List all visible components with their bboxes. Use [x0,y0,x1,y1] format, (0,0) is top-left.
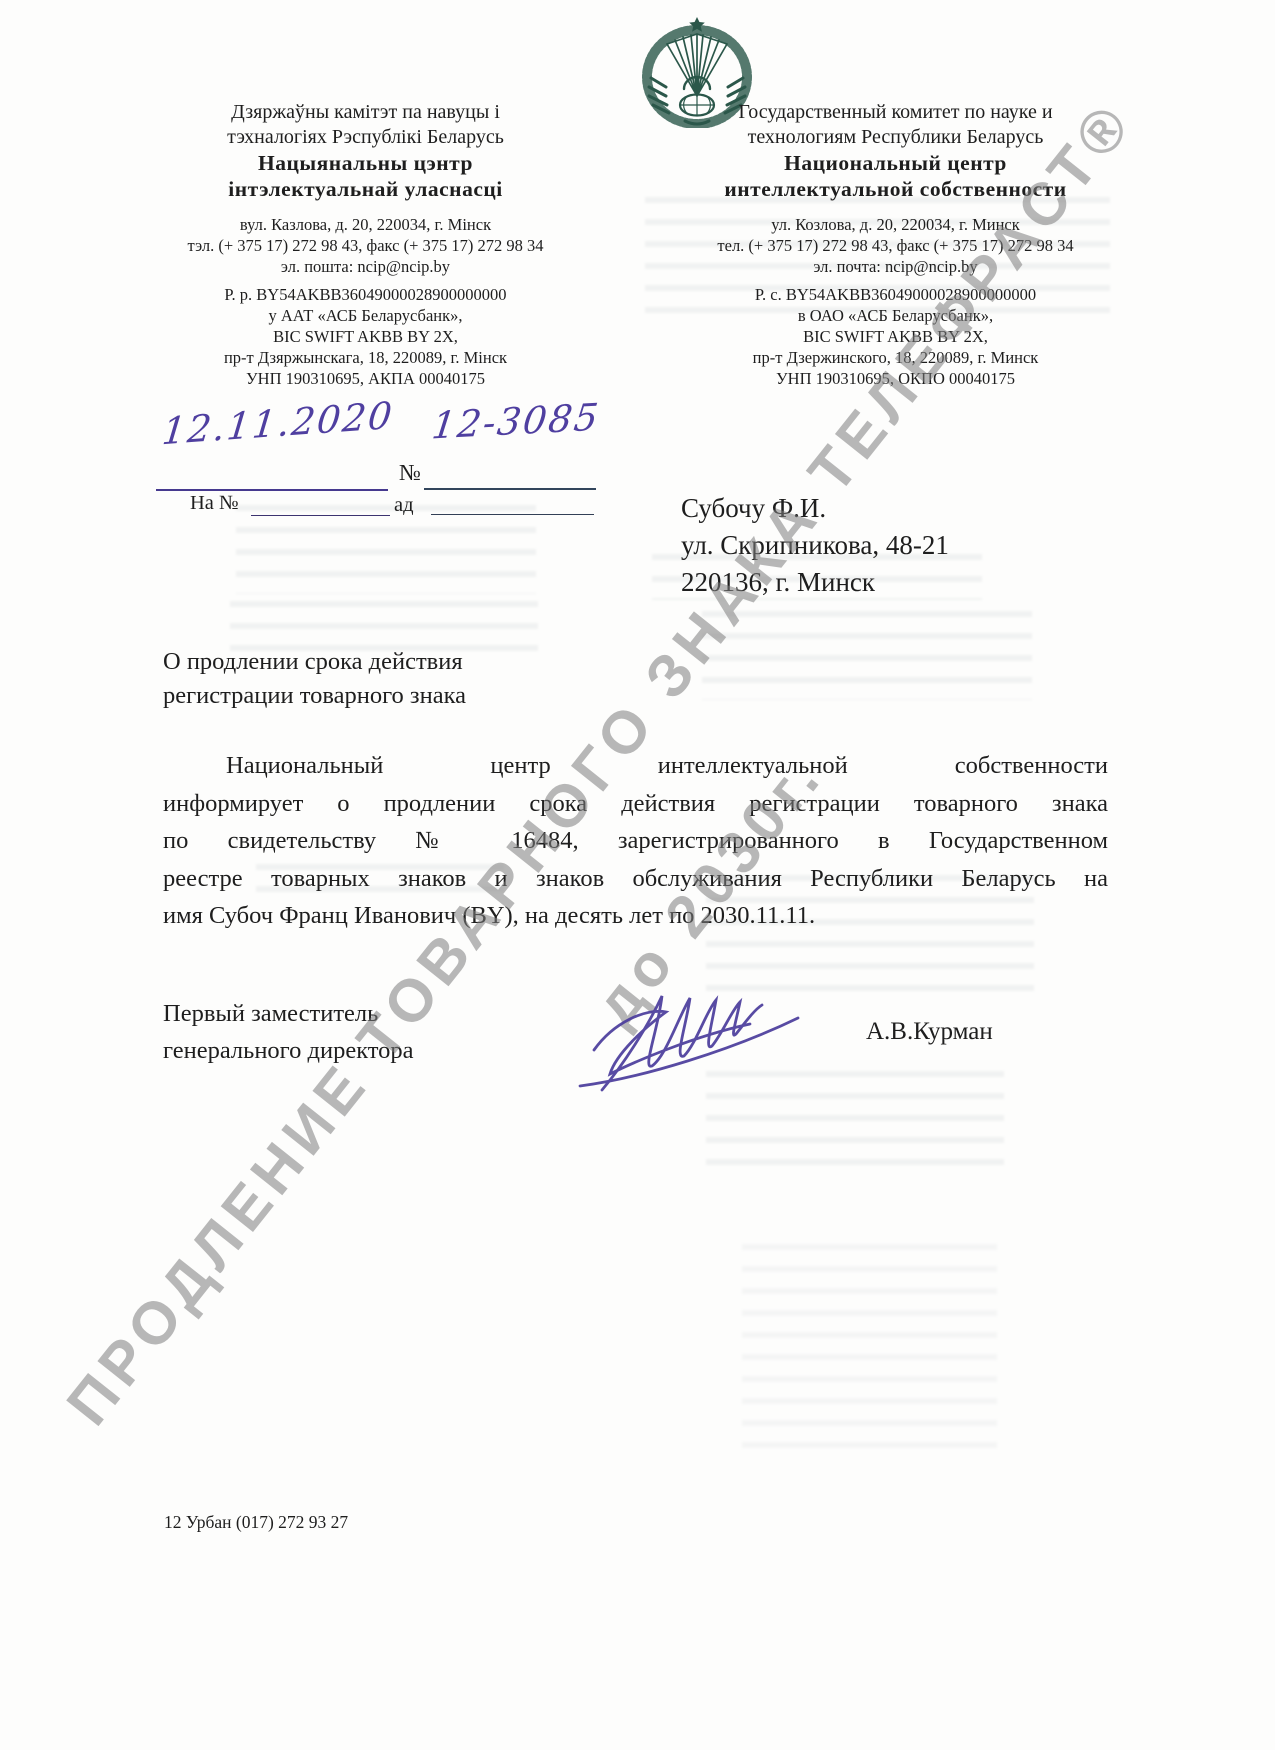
signer-name: А.В.Курман [866,1018,993,1046]
email-line: эл. пошта: ncip@ncip.by [138,256,593,277]
reg-numbers-line: УНП 190310695, ОКПО 00040175 [668,368,1123,389]
incoming-number-blank [251,515,390,516]
email-line: эл. почта: ncip@ncip.by [668,256,1123,277]
body-line: реестре товарных знаков и знаков обслужи… [163,865,1108,903]
recipient-street: ул. Скрипникова, 48-21 [681,527,949,564]
body-line: по свидетельству № 16484, зарегистрирова… [163,827,1108,865]
address-line: ул. Козлова, д. 20, 220034, г. Минск [668,214,1123,235]
body-line: информирует о продлении срока действия р… [163,790,1108,828]
number-underline [424,488,596,490]
recipient-city: 220136, г. Минск [681,564,949,601]
bic-line: BIC SWIFT AKBB BY 2X, [668,326,1123,347]
bleed-through-artifact [702,602,1032,700]
phone-line: тэл. (+ 375 17) 272 98 43, факс (+ 375 1… [138,235,593,256]
body-line: имя Субоч Франц Иванович (BY), на десять… [163,902,1108,940]
org-name-line: тэхналогіях Рэспублікі Беларусь [138,125,593,150]
org-name-line: Государственный комитет по науке и [668,100,1123,125]
number-sign-label: № [399,460,421,486]
handwritten-date: 12.11.2020 [160,394,396,454]
center-name-line: Нацыянальны цэнтр [138,150,593,176]
handwritten-outgoing-number: 12-3085 [429,395,602,447]
phone-line: тел. (+ 375 17) 272 98 43, факс (+ 375 1… [668,235,1123,256]
subject-line: О продлении срока действия [163,645,466,679]
incoming-date-label: ад [394,494,414,517]
signer-title-line: генерального директора [163,1032,414,1069]
subject-block: О продлении срока действия регистрации т… [163,645,466,713]
account-line: Р. р. BY54AKBB36049000028900000000 [138,284,593,305]
bleed-through-artifact [236,496,536,594]
bic-line: BIC SWIFT AKBB BY 2X, [138,326,593,347]
recipient-name: Субочу Ф.И. [681,490,949,527]
address-line: вул. Казлова, д. 20, 220034, г. Мінск [138,214,593,235]
bank-line: у ААТ «АСБ Беларусбанк», [138,305,593,326]
signer-title-line: Первый заместитель [163,995,414,1032]
bank-line: в ОАО «АСБ Беларусбанк», [668,305,1123,326]
bank-address-line: пр-т Дзержинского, 18, 220089, г. Минск [668,347,1123,368]
recipient-block: Субочу Ф.И. ул. Скрипникова, 48-21 22013… [681,490,949,601]
center-name-line: Национальный центр [668,150,1123,176]
org-name-line: Дзяржаўны камітэт па навуцы і [138,100,593,125]
letter-body: Национальный центр интеллектуальной собс… [163,752,1108,940]
body-line: Национальный центр интеллектуальной собс… [163,752,1108,790]
center-name-line: інтэлектуальнай уласнасці [138,176,593,202]
incoming-date-blank [431,514,594,515]
account-line: Р. с. BY54AKBB36049000028900000000 [668,284,1123,305]
letterhead-russian: Государственный комитет по науке и техно… [668,100,1123,389]
signer-title: Первый заместитель генерального директор… [163,995,414,1069]
date-underline [156,489,388,491]
handwritten-signature [572,980,807,1098]
bank-address-line: пр-т Дзяржынскага, 18, 220089, г. Мінск [138,347,593,368]
center-name-line: интеллектуальной собственности [668,176,1123,202]
executor-footer: 12 Урбан (017) 272 93 27 [164,1512,348,1533]
letterhead-belarusian: Дзяржаўны камітэт па навуцы і тэхналогія… [138,100,593,389]
org-name-line: технологиям Республики Беларусь [668,125,1123,150]
bleed-through-artifact [742,1235,997,1450]
incoming-number-label: На № [190,492,239,515]
reg-numbers-line: УНП 190310695, АКПА 00040175 [138,368,593,389]
subject-line: регистрации товарного знака [163,679,466,713]
scanned-letter-page: Дзяржаўны камітэт па навуцы і тэхналогія… [0,0,1275,1750]
